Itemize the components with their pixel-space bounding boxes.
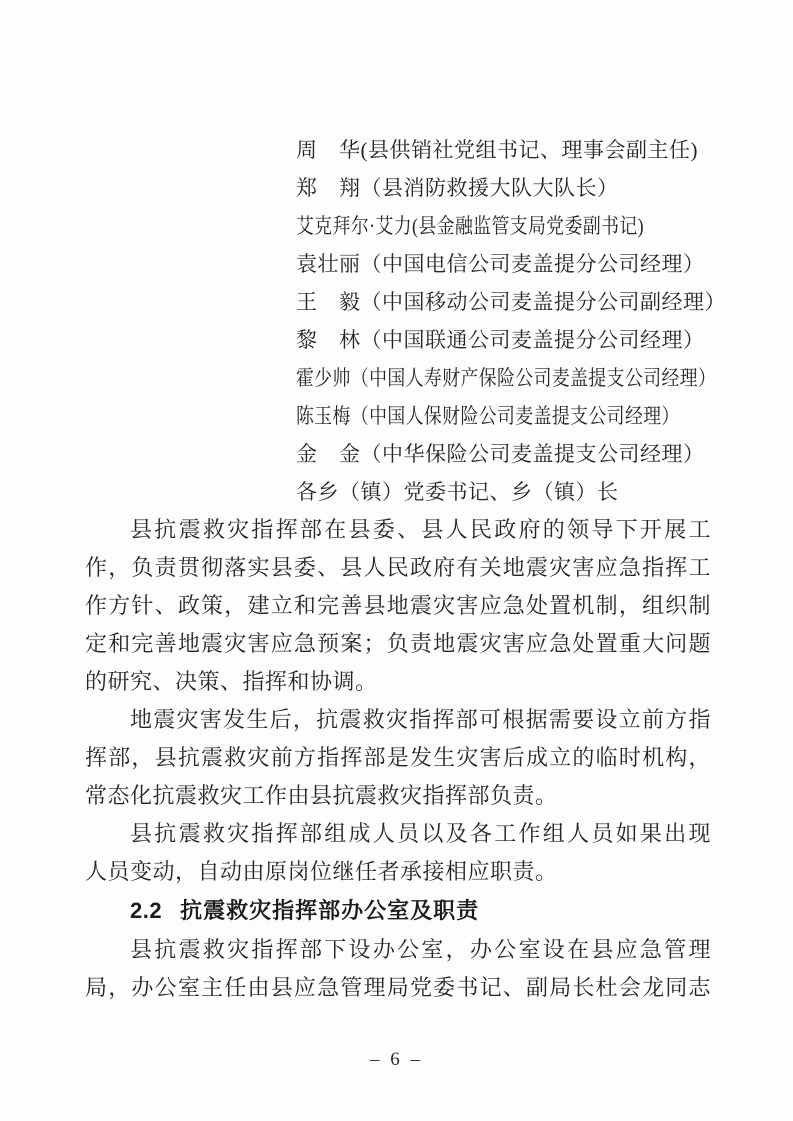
paragraph-line: 局，办公室主任由县应急管理局党委书记、副局长杜会龙同志 xyxy=(85,969,711,1007)
page-number: – 6 – xyxy=(0,1049,793,1071)
roster-line: 金 金（中华保险公司麦盖提支公司经理） xyxy=(296,435,709,473)
section-heading: 2.2抗震救灾指挥部办公室及职责 xyxy=(130,891,709,931)
paragraph-line: 县抗震救灾指挥部在县委、县人民政府的领导下开展工 xyxy=(85,511,711,549)
roster-line: 艾克拜尔·艾力(县金融监管支局党委副书记) xyxy=(296,207,647,245)
roster-line: 霍少帅（中国人寿财产保险公司麦盖提支公司经理） xyxy=(296,359,647,397)
paragraph-line: 作，负责贯彻落实县委、县人民政府有关地震灾害应急指挥工 xyxy=(85,549,711,587)
roster-line: 袁壮丽（中国电信公司麦盖提分公司经理） xyxy=(296,245,709,283)
paragraph-line: 县抗震救灾指挥部组成人员以及各工作组人员如果出现 xyxy=(85,815,711,853)
roster-line: 周 华(县供销社党组书记、理事会副主任) xyxy=(296,131,709,169)
roster-line: 郑 翔（县消防救援大队大队长） xyxy=(296,169,709,207)
section-number: 2.2 xyxy=(130,898,162,923)
section-title: 抗震救灾指挥部办公室及职责 xyxy=(180,898,479,923)
body-section: 县抗震救灾指挥部在县委、县人民政府的领导下开展工作，负责贯彻落实县委、县人民政府… xyxy=(85,511,709,1007)
paragraph-line: 地震灾害发生后，抗震救灾指挥部可根据需要设立前方指 xyxy=(85,701,711,739)
paragraph-line: 县抗震救灾指挥部下设办公室，办公室设在县应急管理 xyxy=(85,931,711,969)
roster-line: 各乡（镇）党委书记、乡（镇）长 xyxy=(296,473,709,511)
roster-section: 周 华(县供销社党组书记、理事会副主任)郑 翔（县消防救援大队大队长）艾克拜尔·… xyxy=(85,131,709,511)
paragraph-line: 常态化抗震救灾工作由县抗震救灾指挥部负责。 xyxy=(85,777,711,815)
document-page: 周 华(县供销社党组书记、理事会副主任)郑 翔（县消防救援大队大队长）艾克拜尔·… xyxy=(0,0,793,1121)
roster-line: 黎 林（中国联通公司麦盖提分公司经理） xyxy=(296,321,709,359)
paragraph-line: 定和完善地震灾害应急预案；负责地震灾害应急处置重大问题 xyxy=(85,625,711,663)
paragraph-line: 作方针、政策，建立和完善县地震灾害应急处置机制，组织制 xyxy=(85,587,711,625)
paragraph: 县抗震救灾指挥部组成人员以及各工作组人员如果出现人员变动，自动由原岗位继任者承接… xyxy=(85,815,711,891)
paragraph: 县抗震救灾指挥部下设办公室，办公室设在县应急管理局，办公室主任由县应急管理局党委… xyxy=(85,931,711,1007)
paragraph-line: 挥部，县抗震救灾前方指挥部是发生灾害后成立的临时机构， xyxy=(85,739,711,777)
paragraph-line: 的研究、决策、指挥和协调。 xyxy=(85,663,711,701)
roster-line: 陈玉梅（中国人保财险公司麦盖提支公司经理） xyxy=(296,397,647,435)
roster-line: 王 毅（中国移动公司麦盖提分公司副经理） xyxy=(296,283,709,321)
paragraph: 地震灾害发生后，抗震救灾指挥部可根据需要设立前方指挥部，县抗震救灾前方指挥部是发… xyxy=(85,701,711,815)
paragraph: 县抗震救灾指挥部在县委、县人民政府的领导下开展工作，负责贯彻落实县委、县人民政府… xyxy=(85,511,711,701)
paragraph-line: 人员变动，自动由原岗位继任者承接相应职责。 xyxy=(85,853,711,891)
